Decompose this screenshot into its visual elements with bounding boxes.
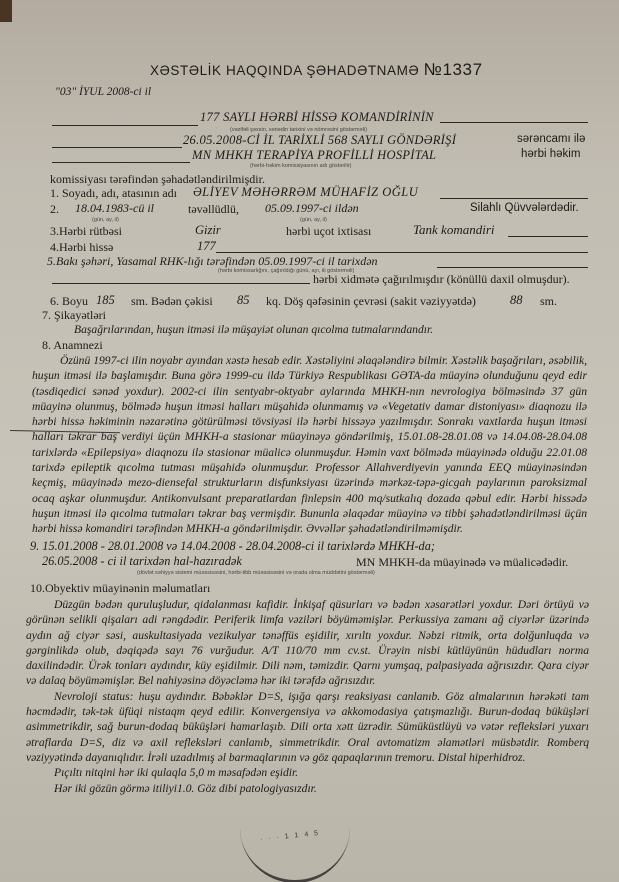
date-caption: (gün, ay, il) (300, 217, 327, 223)
section9-line2: 26.05.2008 - ci il tarixdən hal-hazıradə… (42, 554, 242, 569)
date-caption: (gün, ay, il) (92, 217, 119, 223)
blank-line (52, 162, 190, 163)
title-text: XƏSTƏLİK HAQQINDA ŞƏHADƏTNAMƏ (150, 63, 419, 78)
field2-suffix: Silahlı Qüvvələrdədir. (470, 202, 579, 214)
round-stamp (240, 820, 350, 882)
header-line2-suffix: sərəncamı ilə (517, 133, 585, 145)
anamnesis-label: 8. Anamnezi (42, 338, 103, 353)
section9-line1: 9. 15.01.2008 - 28.01.2008 və 14.04.2008… (30, 539, 435, 554)
objective-paragraph: Düzgün bədən quruluşludur, qidalanması k… (26, 597, 589, 689)
complaints-text: Başağrılarından, huşun itməsi ilə müşayi… (74, 323, 433, 336)
height-label: 6. Boyu (50, 294, 88, 309)
header-line2: 26.05.2008-Cİ İL TARİXLİ 568 SAYLI GÖNDƏ… (183, 133, 456, 148)
blank-line (440, 122, 588, 123)
anamnesis-text: Özünü 1997-ci ilin noyabr ayından xəstə … (32, 353, 587, 537)
complaints-label: 7. Şikayətləri (42, 308, 106, 323)
header-line3-suffix: hərbi həkim (521, 148, 580, 160)
header-line3-caption: (hərbi-həkim komissiyasının adı göstəril… (250, 163, 351, 169)
section9-caption: (dövlət səhiyyə sistemi müəssisəsini, hə… (137, 570, 375, 576)
full-name: ƏLİYEV MƏHƏRRƏM MÜHAFİZ OĞLU (193, 185, 418, 200)
chest-value: 88 (510, 293, 523, 308)
height-value: 185 (96, 293, 115, 308)
header-line3: MN MHKH TERAPİYA PROFİLLİ HOSPİTAL (192, 148, 436, 163)
conscription-suffix: hərbi xidmətə çağırılmışdır (könüllü dax… (313, 272, 570, 287)
document-title: XƏSTƏLİK HAQQINDA ŞƏHADƏTNAMƏ №1337 (150, 60, 483, 80)
objective-label: 10.Obyektiv müayinənin məlumatları (30, 581, 210, 596)
specialty-label: hərbi uçot ixtisası (286, 224, 371, 239)
field1-label: 1. Soyadı, adı, atasının adı (50, 186, 177, 201)
blank-line (52, 125, 198, 126)
hearing-paragraph: Pıçıltı nitqini hər iki qulaqla 5,0 m mə… (26, 765, 589, 780)
blank-line (508, 236, 588, 237)
anamnesis-paragraph: Özünü 1997-ci ilin noyabr ayından xəstə … (32, 353, 587, 537)
birth-label: təvəllüdlü, (188, 202, 239, 217)
blank-line (437, 267, 588, 268)
vision-paragraph: Hər iki gözün görmə itiliyi1.0. Göz dibi… (26, 781, 589, 796)
rank-label: 3.Hərbi rütbəsi (50, 224, 122, 239)
service-start-date: 05.09.1997-ci ildən (265, 201, 359, 216)
neurological-status-paragraph: Nevroloji status: huşu aydındır. Bəbəklə… (26, 689, 589, 765)
section9-suffix: MN MHKH-da müayinədə və müalicədədir. (356, 555, 568, 570)
blank-line (52, 147, 182, 148)
objective-text: Düzgün bədən quruluşludur, qidalanması k… (26, 597, 589, 796)
blank-line (216, 252, 588, 253)
field2-number: 2. (50, 202, 59, 217)
certificate-page: XƏSTƏLİK HAQQINDA ŞƏHADƏTNAMƏ №1337 "03"… (0, 0, 619, 882)
weight-value: 85 (237, 293, 250, 308)
blank-line (440, 198, 588, 199)
number-label: № (424, 60, 443, 79)
chest-unit: sm. (540, 294, 557, 309)
photo-corner (0, 0, 12, 22)
issue-date: "03" İYUL 2008-ci il (55, 86, 151, 98)
rank-value: Gizir (195, 223, 221, 238)
specialty-value: Tank komandiri (413, 222, 495, 238)
weight-label: sm. Bədən çəkisi (131, 294, 213, 309)
blank-line (52, 283, 310, 284)
header-line1: 177 SAYLI HƏRBİ HİSSƏ KOMANDİRİNİN (200, 110, 434, 125)
unit-label: 4.Hərbi hissə (50, 240, 113, 255)
birth-date: 18.04.1983-cü il (75, 201, 154, 216)
conscription-text: 5.Bakı şəhəri, Yasamal RHK-lığı tərəfind… (47, 254, 378, 269)
chest-label: kq. Döş qəfəsinin çevrəsi (sakit vəziyyə… (266, 294, 476, 309)
unit-value: 177 (197, 239, 216, 254)
certificate-number: 1337 (442, 60, 482, 79)
